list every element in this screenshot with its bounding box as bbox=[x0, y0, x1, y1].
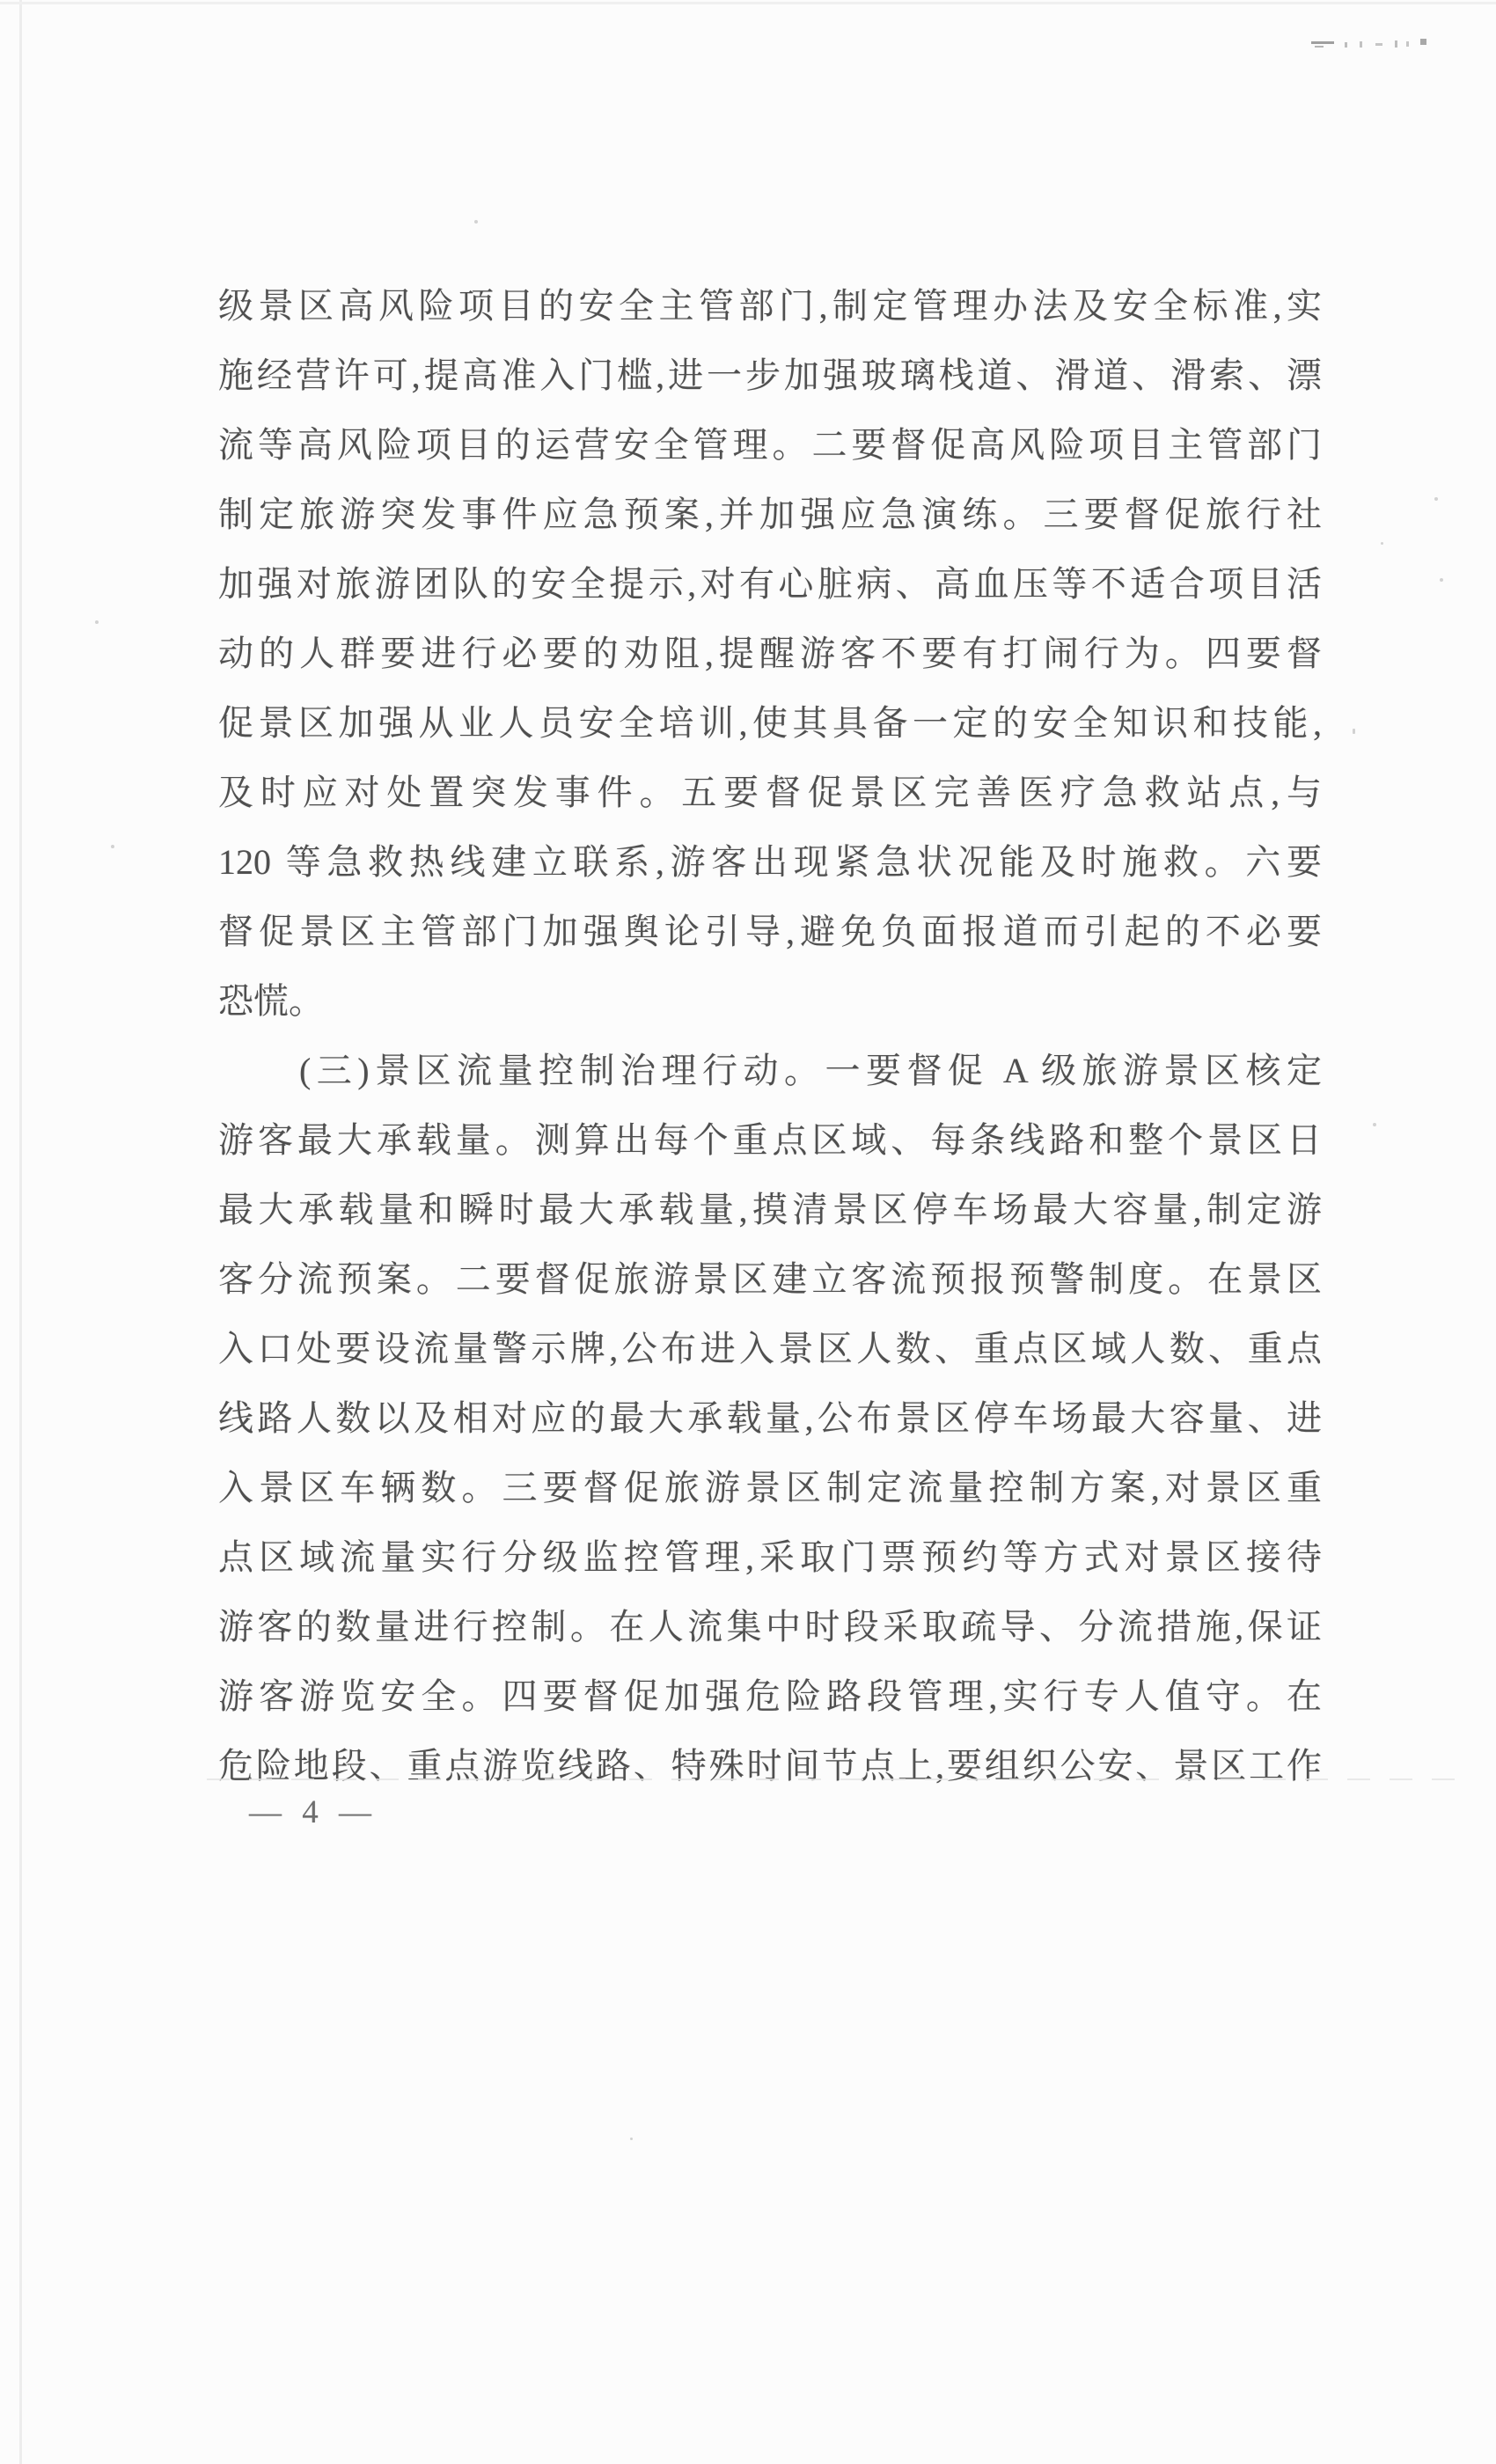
scan-speck bbox=[1373, 1123, 1376, 1126]
text-line: 制定旅游突发事件应急预案,并加强应急演练。三要督促旅行社 bbox=[218, 480, 1322, 549]
scan-speck bbox=[474, 220, 478, 224]
text-line: 线路人数以及相对应的最大承载量,公布景区停车场最大容量、进 bbox=[218, 1383, 1322, 1453]
scan-fold-line bbox=[207, 1778, 1456, 1780]
smudge-dash-icon bbox=[1311, 41, 1334, 44]
scan-speck bbox=[475, 363, 479, 367]
text-line: 施经营许可,提高准入门槛,进一步加强玻璃栈道、滑道、滑索、漂 bbox=[218, 341, 1322, 410]
text-line: 恐慌。 bbox=[218, 966, 1322, 1036]
smudge-dot-icon bbox=[1345, 42, 1347, 48]
scan-speck bbox=[1440, 578, 1443, 582]
text-line: 促景区加强从业人员安全培训,使其具备一定的安全知识和技能, bbox=[218, 688, 1322, 758]
scan-speck bbox=[513, 1063, 516, 1066]
text-line: 120 等急救热线建立联系,游客出现紧急状况能及时施救。六要 bbox=[218, 827, 1322, 897]
text-line: 入口处要设流量警示牌,公布进入景区人数、重点区域人数、重点 bbox=[218, 1314, 1322, 1383]
text-line: (三)景区流量控制治理行动。一要督促 A 级旅游景区核定 bbox=[218, 1036, 1322, 1105]
scanned-document-page: 级景区高风险项目的安全主管部门,制定管理办法及安全标准,实施经营许可,提高准入门… bbox=[0, 0, 1496, 2464]
document-body: 级景区高风险项目的安全主管部门,制定管理办法及安全标准,实施经营许可,提高准入门… bbox=[218, 271, 1322, 1800]
smudge-dot-icon bbox=[1360, 41, 1362, 48]
scan-smudge-mark bbox=[1311, 37, 1439, 55]
smudge-dot-icon bbox=[1406, 41, 1409, 47]
text-line: 及时应对处置突发事件。五要督促景区完善医疗急救站点,与 bbox=[218, 758, 1322, 827]
smudge-dash-icon bbox=[1375, 43, 1382, 46]
text-line: 最大承载量和瞬时最大承载量,摸清景区停车场最大容量,制定游 bbox=[218, 1175, 1322, 1244]
page-number: — 4 — bbox=[249, 1793, 378, 1831]
scan-speck bbox=[1381, 542, 1383, 545]
scan-speck bbox=[111, 845, 114, 848]
smudge-dot-icon bbox=[1395, 40, 1397, 48]
scan-edge-line-vertical bbox=[19, 0, 22, 2464]
text-line: 加强对旅游团队的安全提示,对有心脏病、高血压等不适合项目活 bbox=[218, 549, 1322, 619]
text-line: 游客的数量进行控制。在人流集中时段采取疏导、分流措施,保证 bbox=[218, 1592, 1322, 1661]
text-line: 游客最大承载量。测算出每个重点区域、每条线路和整个景区日 bbox=[218, 1105, 1322, 1175]
scan-speck bbox=[95, 620, 99, 624]
smudge-square-icon bbox=[1420, 39, 1426, 45]
text-line: 点区域流量实行分级监控管理,采取门票预约等方式对景区接待 bbox=[218, 1522, 1322, 1592]
text-line: 流等高风险项目的运营安全管理。二要督促高风险项目主管部门 bbox=[218, 410, 1322, 480]
text-line: 游客游览安全。四要督促加强危险路段管理,实行专人值守。在 bbox=[218, 1661, 1322, 1731]
scan-speck bbox=[1353, 729, 1355, 734]
text-line: 动的人群要进行必要的劝阻,提醒游客不要有打闹行为。四要督 bbox=[218, 619, 1322, 688]
text-line: 客分流预案。二要督促旅游景区建立客流预报预警制度。在景区 bbox=[218, 1244, 1322, 1314]
text-line: 督促景区主管部门加强舆论引导,避免负面报道而引起的不必要 bbox=[218, 897, 1322, 966]
text-line: 入景区车辆数。三要督促旅游景区制定流量控制方案,对景区重 bbox=[218, 1453, 1322, 1522]
scan-edge-line-top bbox=[0, 2, 1496, 4]
smudge-dash-icon bbox=[1315, 46, 1324, 48]
scan-speck bbox=[1434, 497, 1438, 501]
text-line: 级景区高风险项目的安全主管部门,制定管理办法及安全标准,实 bbox=[218, 271, 1322, 341]
scan-speck bbox=[630, 2138, 633, 2140]
text-line: 危险地段、重点游览线路、特殊时间节点上,要组织公安、景区工作 bbox=[218, 1731, 1322, 1800]
